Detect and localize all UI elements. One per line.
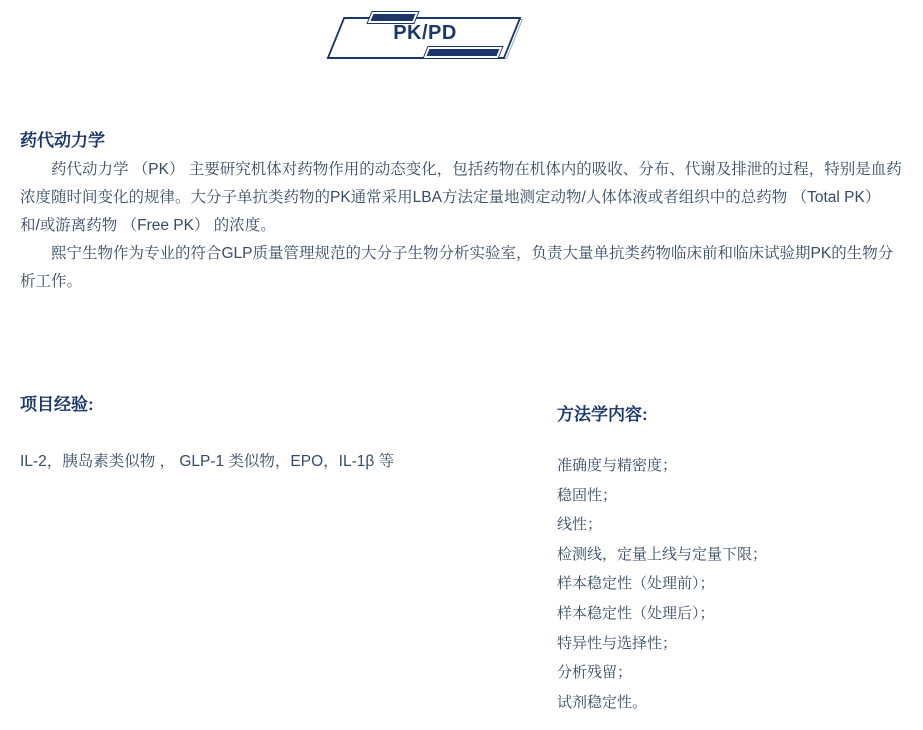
methodology-list-item: 样本稳定性（处理后）； (557, 599, 907, 629)
pkpd-page: PK/PD 药代动力学 药代动力学 （PK） 主要研究机体对药物作用的动态变化，… (0, 0, 923, 730)
badge-label: PK/PD (328, 22, 522, 45)
methodology-list-item: 特异性与选择性； (557, 629, 907, 659)
experience-content: IL-2，胰岛素类似物 ， GLP-1 类似物，EPO，IL-1β 等 (20, 451, 530, 473)
article-paragraph: 药代动力学 （PK） 主要研究机体对药物作用的动态变化，包括药物在机体内的吸收、… (20, 156, 904, 240)
methodology-list-item: 分析残留； (557, 658, 907, 688)
article-title: 药代动力学 (20, 126, 105, 151)
methodology-list-item: 稳固性； (557, 481, 907, 511)
experience-title: 项目经验: (20, 390, 94, 415)
methodology-list-item: 试剂稳定性。 (557, 688, 907, 718)
methodology-list-item: 样本稳定性（处理前）； (557, 569, 907, 599)
article-paragraph: 熙宁生物作为专业的符合GLP质量管理规范的大分子生物分析实验室，负责大量单抗类药… (20, 240, 904, 296)
methodology-list-item: 检测线，定量上线与定量下限； (557, 540, 907, 570)
methodology-list-item: 准确度与精密度； (557, 451, 907, 481)
methodology-title: 方法学内容: (557, 400, 648, 425)
badge-bottom-bar-decoration (424, 47, 502, 58)
methodology-list: 准确度与精密度；稳固性；线性；检测线，定量上线与定量下限；样本稳定性（处理前）；… (557, 451, 907, 717)
pkpd-badge: PK/PD (328, 10, 528, 62)
article-body: 药代动力学 （PK） 主要研究机体对药物作用的动态变化，包括药物在机体内的吸收、… (20, 156, 904, 296)
methodology-list-item: 线性； (557, 510, 907, 540)
